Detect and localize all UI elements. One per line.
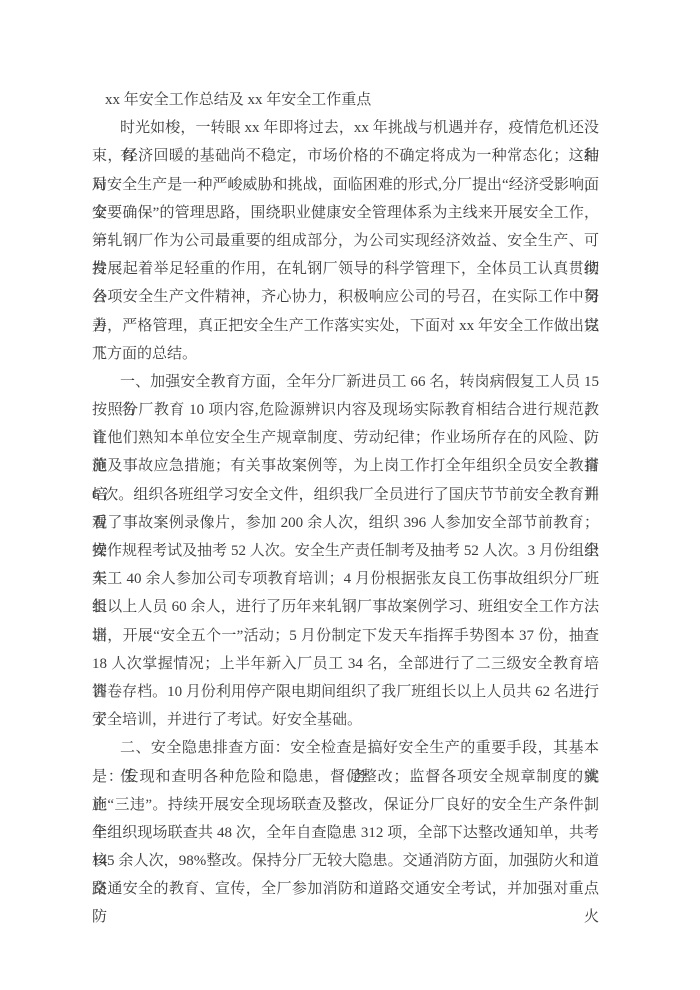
text-line: 时光如梭，一转眼 xx 年即将过去，xx 年挑战与机遇并存，疫情危机还没有结 xyxy=(92,114,599,142)
text-line: 按照分厂教育 10 项内容,危险源辨识内容及现场实际教育相结合进行规范教育， xyxy=(92,396,599,424)
text-line: 训，开展“安全五个一”活动；5 月份制定下发天车指挥手势图本 37 份，抽查 xyxy=(92,622,599,650)
text-line: 善，严格管理，真正把安全生产工作落实实处，下面对 xx 年安全工作做出以下 xyxy=(92,312,599,340)
text-line: 二、安全隐患排查方面：安全检查是搞好安全生产的重要手段，其基本任务就 xyxy=(92,734,599,762)
text-line: 答卷存档。10 月份利用停产限电期间组织了我厂班组长以上人员共 62 名进行了 xyxy=(92,678,599,706)
text-line: 全要确保”的管理思路，围绕职业健康安全管理体系为主线来开展安全工作，第 xyxy=(92,199,599,227)
text-line: 安全培训，并进行了考试。好安全基础。 xyxy=(92,706,599,734)
text-line: 让他们熟知本单位安全生产规章制度、劳动纪律；作业场所存在的风险、防范措 xyxy=(92,424,599,452)
text-line: 束，经济回暖的基础尚不稳定，市场价格的不确定将成为一种常态化；这种局面 xyxy=(92,142,599,170)
paragraph-section-1-safety-education: 一、加强安全教育方面，全年分厂新进员工 66 名，转岗病假复工人员 15 名， … xyxy=(92,368,599,734)
text-line: 对安全生产是一种严峻威胁和挑战，面临困难的形式,分厂提出“经济受影响，安 xyxy=(92,171,599,199)
text-line: 操作规程考试及抽考 52 人次。安全生产责任制考及抽考 52 人次。3 月份组织… xyxy=(92,537,599,565)
text-line: 一、加强安全教育方面，全年分厂新进员工 66 名，转岗病假复工人员 15 名， xyxy=(92,368,599,396)
paragraph-intro: 时光如梭，一转眼 xx 年即将过去，xx 年挑战与机遇并存，疫情危机还没有结 束… xyxy=(92,114,599,368)
text-line: 是：发现和查明各种危险和隐患，督促整改；监督各项安全规章制度的实施；制 xyxy=(92,763,599,791)
text-line: 交通安全的教育、宣传，全厂参加消防和道路交通安全考试，并加强对重点防火 xyxy=(92,875,599,903)
text-line: 施及事故应急措施；有关事故案例等，为上岗工作打全年组织全员安全教育培训 xyxy=(92,452,599,480)
text-line: 几方面的总结。 xyxy=(92,340,599,368)
text-line: 18 人次掌握情况；上半年新入厂员工 34 名，全部进行了二三级安全教育培训， xyxy=(92,650,599,678)
text-line: 6 次。组织各班组学习安全文件，组织我厂全员进行了国庆节节前安全教育并观 xyxy=(92,481,599,509)
text-line: 145 余人次，98%整改。保持分厂无较大隐患。交通消防方面，加强防火和道路 xyxy=(92,847,599,875)
text-line: 长以上人员 60 余人，进行了历年来轧钢厂事故案例学习、班组安全工作方法培 xyxy=(92,593,599,621)
document-page: xx 年安全工作总结及 xx 年安全工作重点 时光如梭，一转眼 xx 年即将过去… xyxy=(92,86,599,903)
paragraph-section-2-hazard-inspection: 二、安全隐患排查方面：安全检查是搞好安全生产的重要手段，其基本任务就 是：发现和… xyxy=(92,734,599,903)
text-line: 年组织现场联查共 48 次，全年自查隐患 312 项，全部下达整改通知单，共考核 xyxy=(92,819,599,847)
text-line: 一轧钢厂作为公司最重要的组成部分，为公司实现经济效益、安全生产、可持续 xyxy=(92,227,599,255)
text-line: 各项安全生产文件精神，齐心协力，积极响应公司的号召，在实际工作中努力完 xyxy=(92,283,599,311)
text-line: 止“三违”。持续开展安全现场联查及整改，保证分厂良好的安全生产条件，全 xyxy=(92,791,599,819)
text-line: 看了事故案例录像片，参加 200 余人次，组织 396 人参加安全部节前教育；安… xyxy=(92,509,599,537)
text-line: 发展起着举足轻重的作用，在轧钢厂领导的科学管理下，全体员工认真贯彻公司 xyxy=(92,255,599,283)
document-title: xx 年安全工作总结及 xx 年安全工作重点 xyxy=(92,86,599,114)
text-line: 车工 40 余人参加公司专项教育培训；4 月份根据张友良工伤事故组织分厂班组 xyxy=(92,565,599,593)
